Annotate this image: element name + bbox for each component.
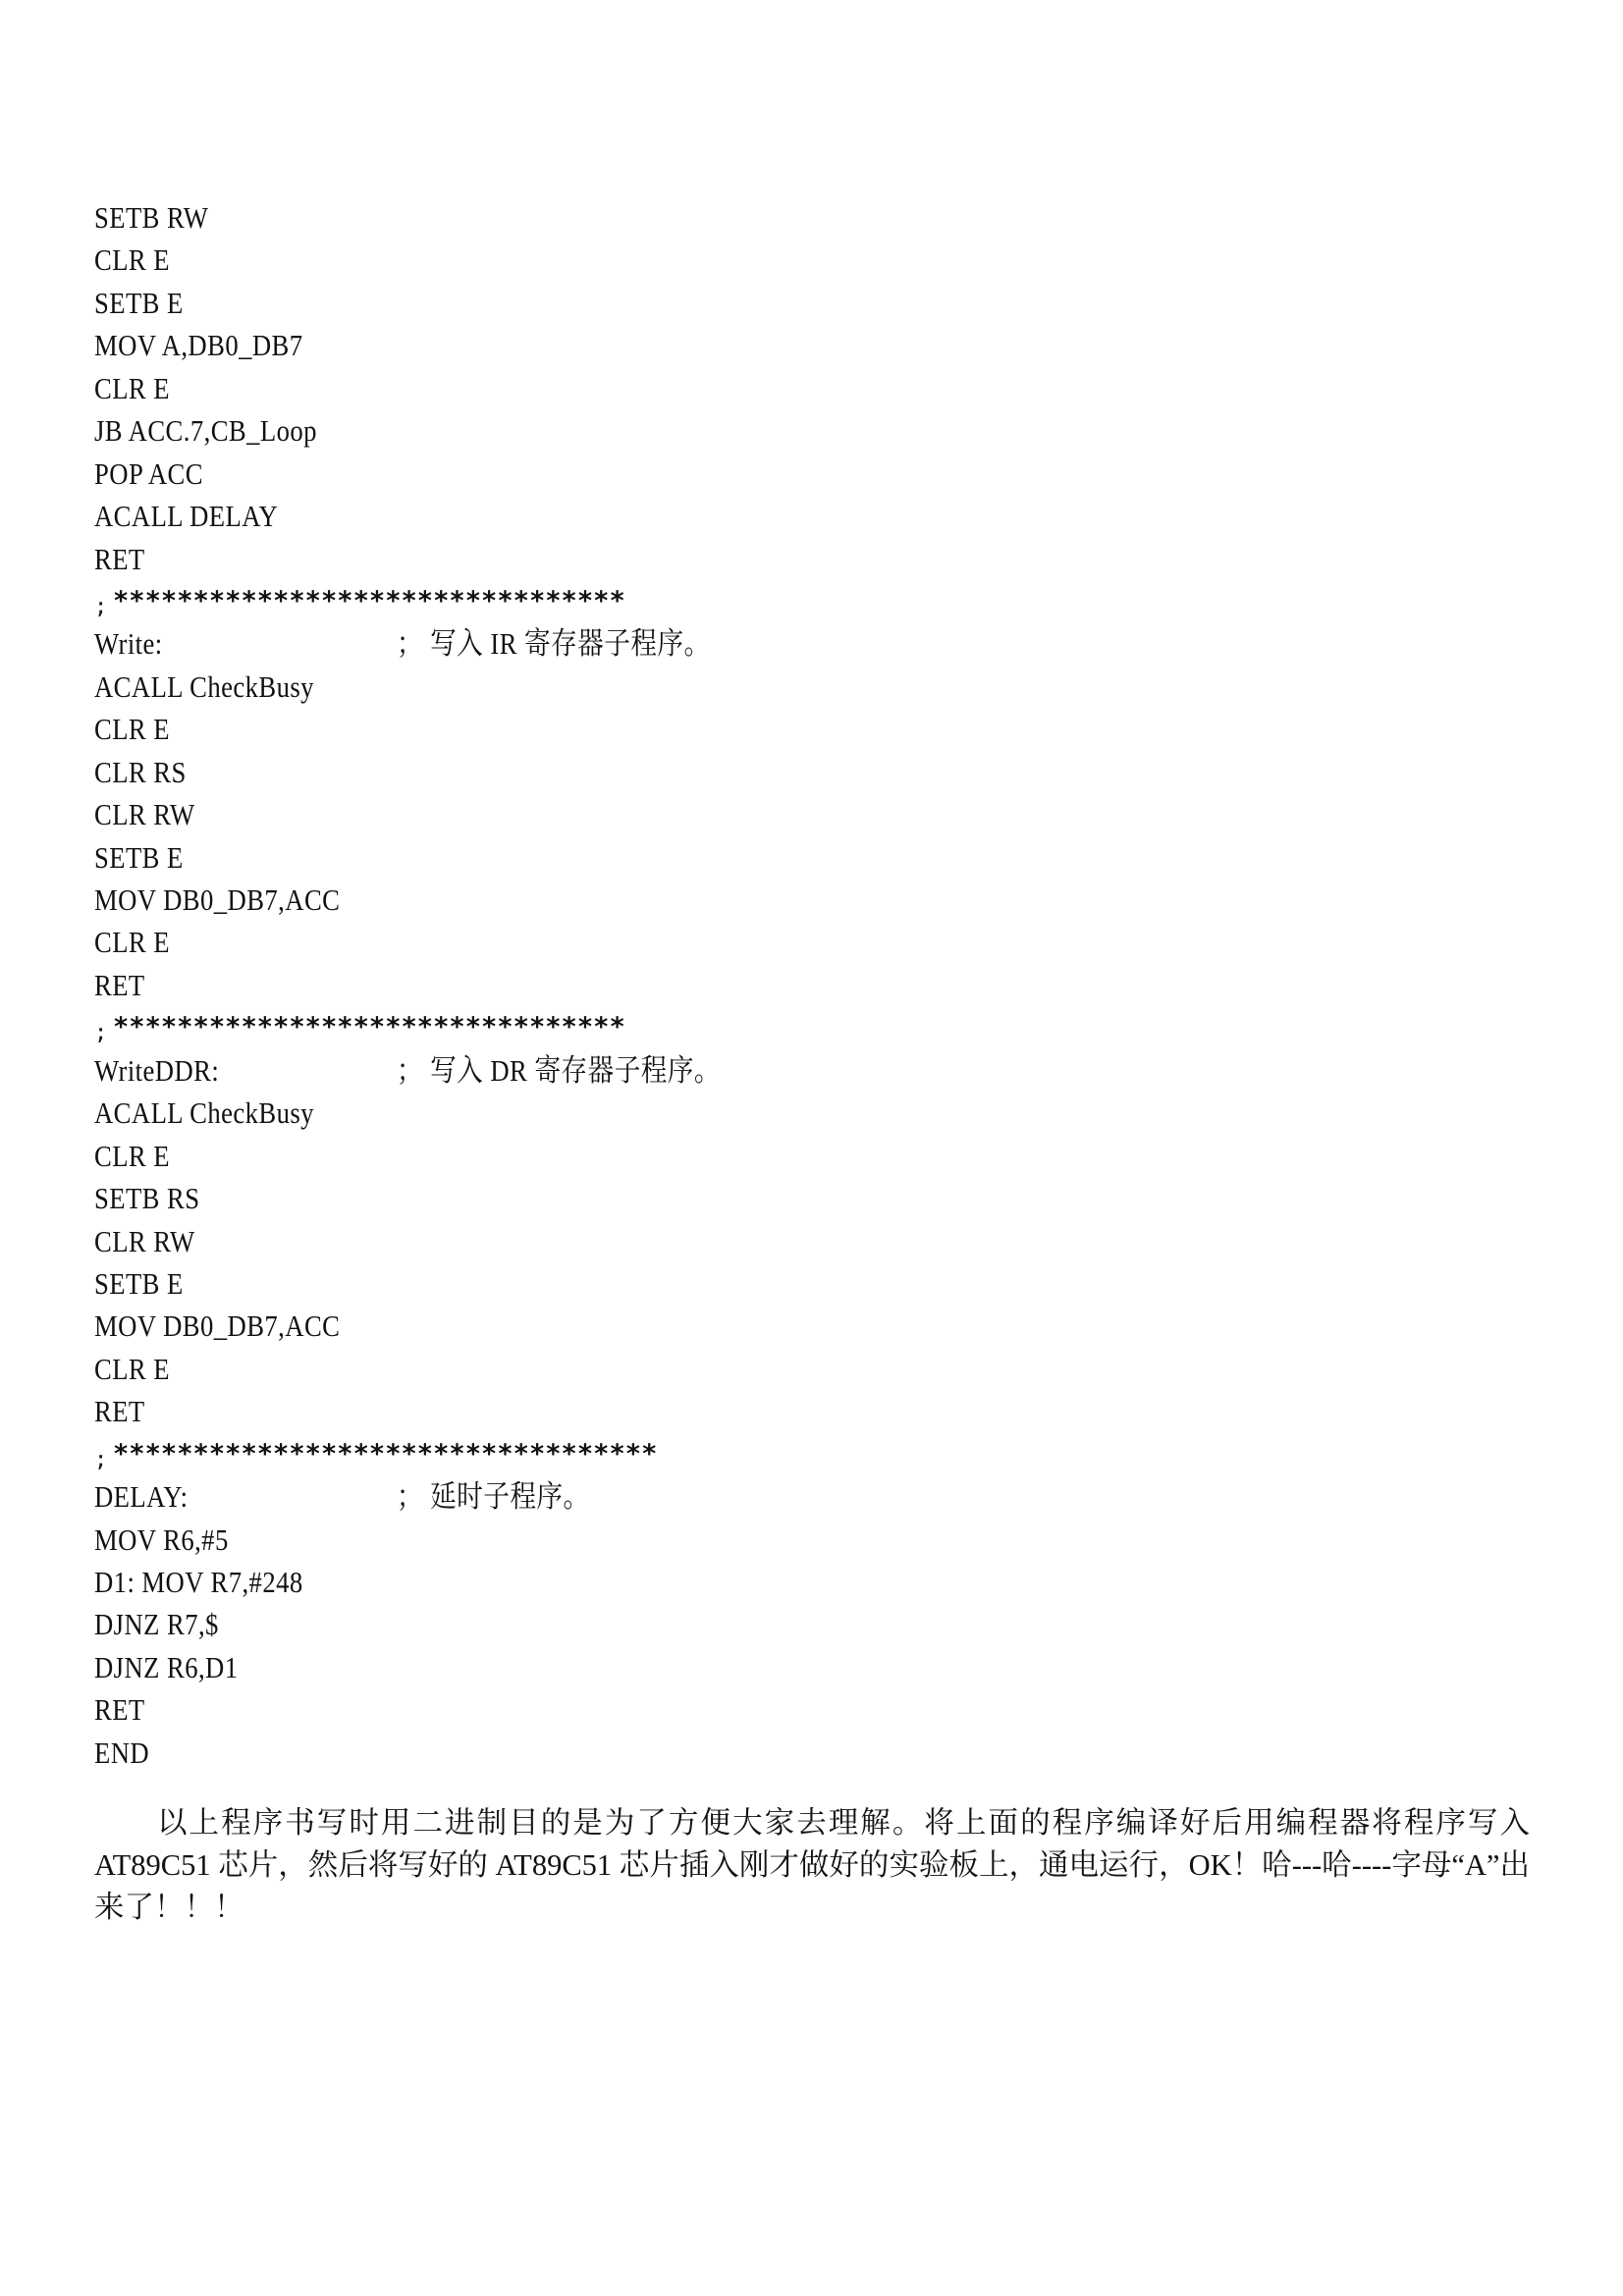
code-line: DJNZ R6,D1 (94, 1646, 1327, 1688)
code-line: SETB E (94, 282, 1327, 324)
code-line: CLR E (94, 708, 1327, 750)
code-line: RET (94, 1390, 1327, 1432)
assembly-code-listing: SETB RW CLR E SETB E MOV A,DB0_DB7 CLR E… (94, 196, 1528, 1774)
code-line: SETB RW (94, 196, 1327, 239)
code-instruction: CLR RW (94, 1220, 195, 1262)
code-comment: ； 延时子程序。 (397, 1475, 590, 1518)
code-instruction: MOV A,DB0_DB7 (94, 324, 303, 366)
code-label: WriteDDR: (94, 1049, 219, 1092)
code-line: ACALL CheckBusy (94, 1092, 1327, 1134)
code-instruction: ACALL DELAY (94, 495, 278, 537)
code-line: POP ACC (94, 453, 1327, 495)
code-line: CLR RW (94, 1220, 1327, 1262)
code-line: MOV A,DB0_DB7 (94, 324, 1327, 366)
code-line: SETB E (94, 1262, 1327, 1305)
code-line: CLR E (94, 1135, 1327, 1177)
code-instruction: JB ACC.7,CB_Loop (94, 409, 317, 452)
code-instruction: END (94, 1732, 149, 1774)
code-line: ACALL CheckBusy (94, 666, 1327, 708)
code-line: MOV R6,#5 (94, 1519, 1327, 1561)
code-comment: ； 写入 IR 寄存器子程序。 (397, 622, 711, 665)
explanation-paragraph: 以上程序书写时用二进制目的是为了方便大家去理解。将上面的程序编译好后用编程器将程… (94, 1802, 1530, 1929)
code-comment: ； 写入 DR 寄存器子程序。 (397, 1049, 721, 1092)
code-line: JB ACC.7,CB_Loop (94, 409, 1327, 452)
code-label: Write: (94, 622, 163, 665)
code-instruction: DJNZ R6,D1 (94, 1646, 238, 1688)
code-line: SETB E (94, 836, 1327, 879)
code-line: CLR E (94, 367, 1327, 409)
code-instruction: SETB E (94, 836, 184, 879)
code-line: MOV DB0_DB7,ACC (94, 879, 1327, 921)
code-line: END (94, 1732, 1327, 1774)
code-instruction: RET (94, 1390, 145, 1432)
code-instruction: ACALL CheckBusy (94, 1092, 314, 1134)
code-line: CLR E (94, 239, 1327, 281)
code-instruction: POP ACC (94, 453, 203, 495)
code-instruction: RET (94, 964, 145, 1006)
code-line: RET (94, 964, 1327, 1006)
code-line: CLR E (94, 1348, 1327, 1390)
document-page: SETB RW CLR E SETB E MOV A,DB0_DB7 CLR E… (0, 0, 1623, 2296)
code-instruction: CLR E (94, 1135, 170, 1177)
code-instruction: DJNZ R7,$ (94, 1603, 219, 1645)
comment-separator: ;******************************** (94, 580, 1528, 622)
code-line-label-write: Write:； 写入 IR 寄存器子程序。 (94, 622, 1327, 665)
separator-stars: ******************************** (113, 580, 625, 622)
comment-separator: ;********************************** (94, 1433, 1528, 1475)
code-line: D1: MOV R7,#248 (94, 1561, 1327, 1603)
code-instruction: RET (94, 1688, 145, 1731)
separator-stars: ********************************** (113, 1433, 657, 1475)
code-instruction: CLR RS (94, 751, 187, 793)
code-instruction: MOV R6,#5 (94, 1519, 229, 1561)
code-line: SETB RS (94, 1177, 1327, 1219)
code-line: CLR E (94, 921, 1327, 963)
code-instruction: CLR RW (94, 793, 195, 835)
code-instruction: CLR E (94, 367, 170, 409)
code-instruction: ACALL CheckBusy (94, 666, 314, 708)
code-line: CLR RS (94, 751, 1327, 793)
code-instruction: SETB E (94, 1262, 184, 1305)
code-line: RET (94, 538, 1327, 580)
code-instruction: CLR E (94, 708, 170, 750)
code-line-label-writeddr: WriteDDR:； 写入 DR 寄存器子程序。 (94, 1049, 1327, 1092)
code-line: CLR RW (94, 793, 1327, 835)
code-line: DJNZ R7,$ (94, 1603, 1327, 1645)
separator-stars: ******************************** (113, 1006, 625, 1048)
code-instruction: CLR E (94, 1348, 170, 1390)
code-instruction: SETB E (94, 282, 184, 324)
code-instruction: MOV DB0_DB7,ACC (94, 879, 340, 921)
code-instruction: SETB RW (94, 196, 208, 239)
code-instruction: CLR E (94, 239, 170, 281)
code-label: DELAY: (94, 1475, 188, 1518)
code-instruction: CLR E (94, 921, 170, 963)
code-line-label-delay: DELAY:； 延时子程序。 (94, 1475, 1327, 1518)
code-instruction: RET (94, 538, 145, 580)
code-line: ACALL DELAY (94, 495, 1327, 537)
code-instruction: D1: MOV R7,#248 (94, 1561, 303, 1603)
code-instruction: SETB RS (94, 1177, 199, 1219)
code-line: RET (94, 1688, 1327, 1731)
code-line: MOV DB0_DB7,ACC (94, 1305, 1327, 1347)
comment-separator: ;******************************** (94, 1006, 1528, 1048)
code-instruction: MOV DB0_DB7,ACC (94, 1305, 340, 1347)
